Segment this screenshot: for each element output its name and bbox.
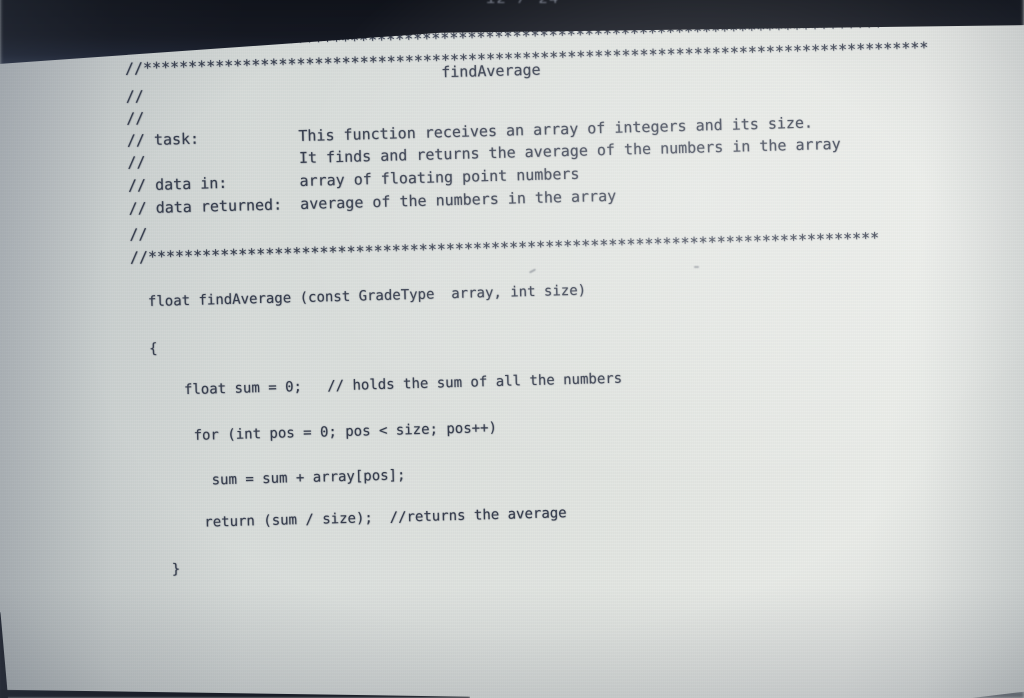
bezel-left-edge bbox=[0, 612, 9, 698]
close-brace-line: } bbox=[138, 561, 181, 578]
screen-photo: ****************************************… bbox=[0, 0, 1024, 698]
comment-blank-line: // bbox=[125, 88, 144, 105]
page-indicator: 12 / 24 bbox=[486, 0, 560, 8]
comment-blank-line: // bbox=[129, 226, 148, 243]
sum-declaration-line: float sum = 0; // holds the sum of all t… bbox=[133, 371, 622, 400]
bezel-bottom-edge bbox=[0, 689, 470, 698]
bezel-bottom-right-corner bbox=[972, 691, 1024, 698]
open-brace-line: { bbox=[132, 341, 158, 358]
comment-border-bottom-line: //**************************************… bbox=[130, 230, 880, 267]
return-statement-line: return (sum / size); //returns the avera… bbox=[137, 505, 567, 532]
scanned-code-page: ****************************************… bbox=[124, 12, 940, 653]
function-signature-line: float findAverage (const GradeType array… bbox=[131, 283, 586, 311]
for-loop-line: for (int pos = 0; pos < size; pos++) bbox=[134, 420, 497, 445]
scan-speck bbox=[694, 266, 699, 268]
comment-blank-line: // bbox=[126, 110, 145, 127]
sum-accumulate-line: sum = sum + array[pos]; bbox=[136, 467, 406, 490]
